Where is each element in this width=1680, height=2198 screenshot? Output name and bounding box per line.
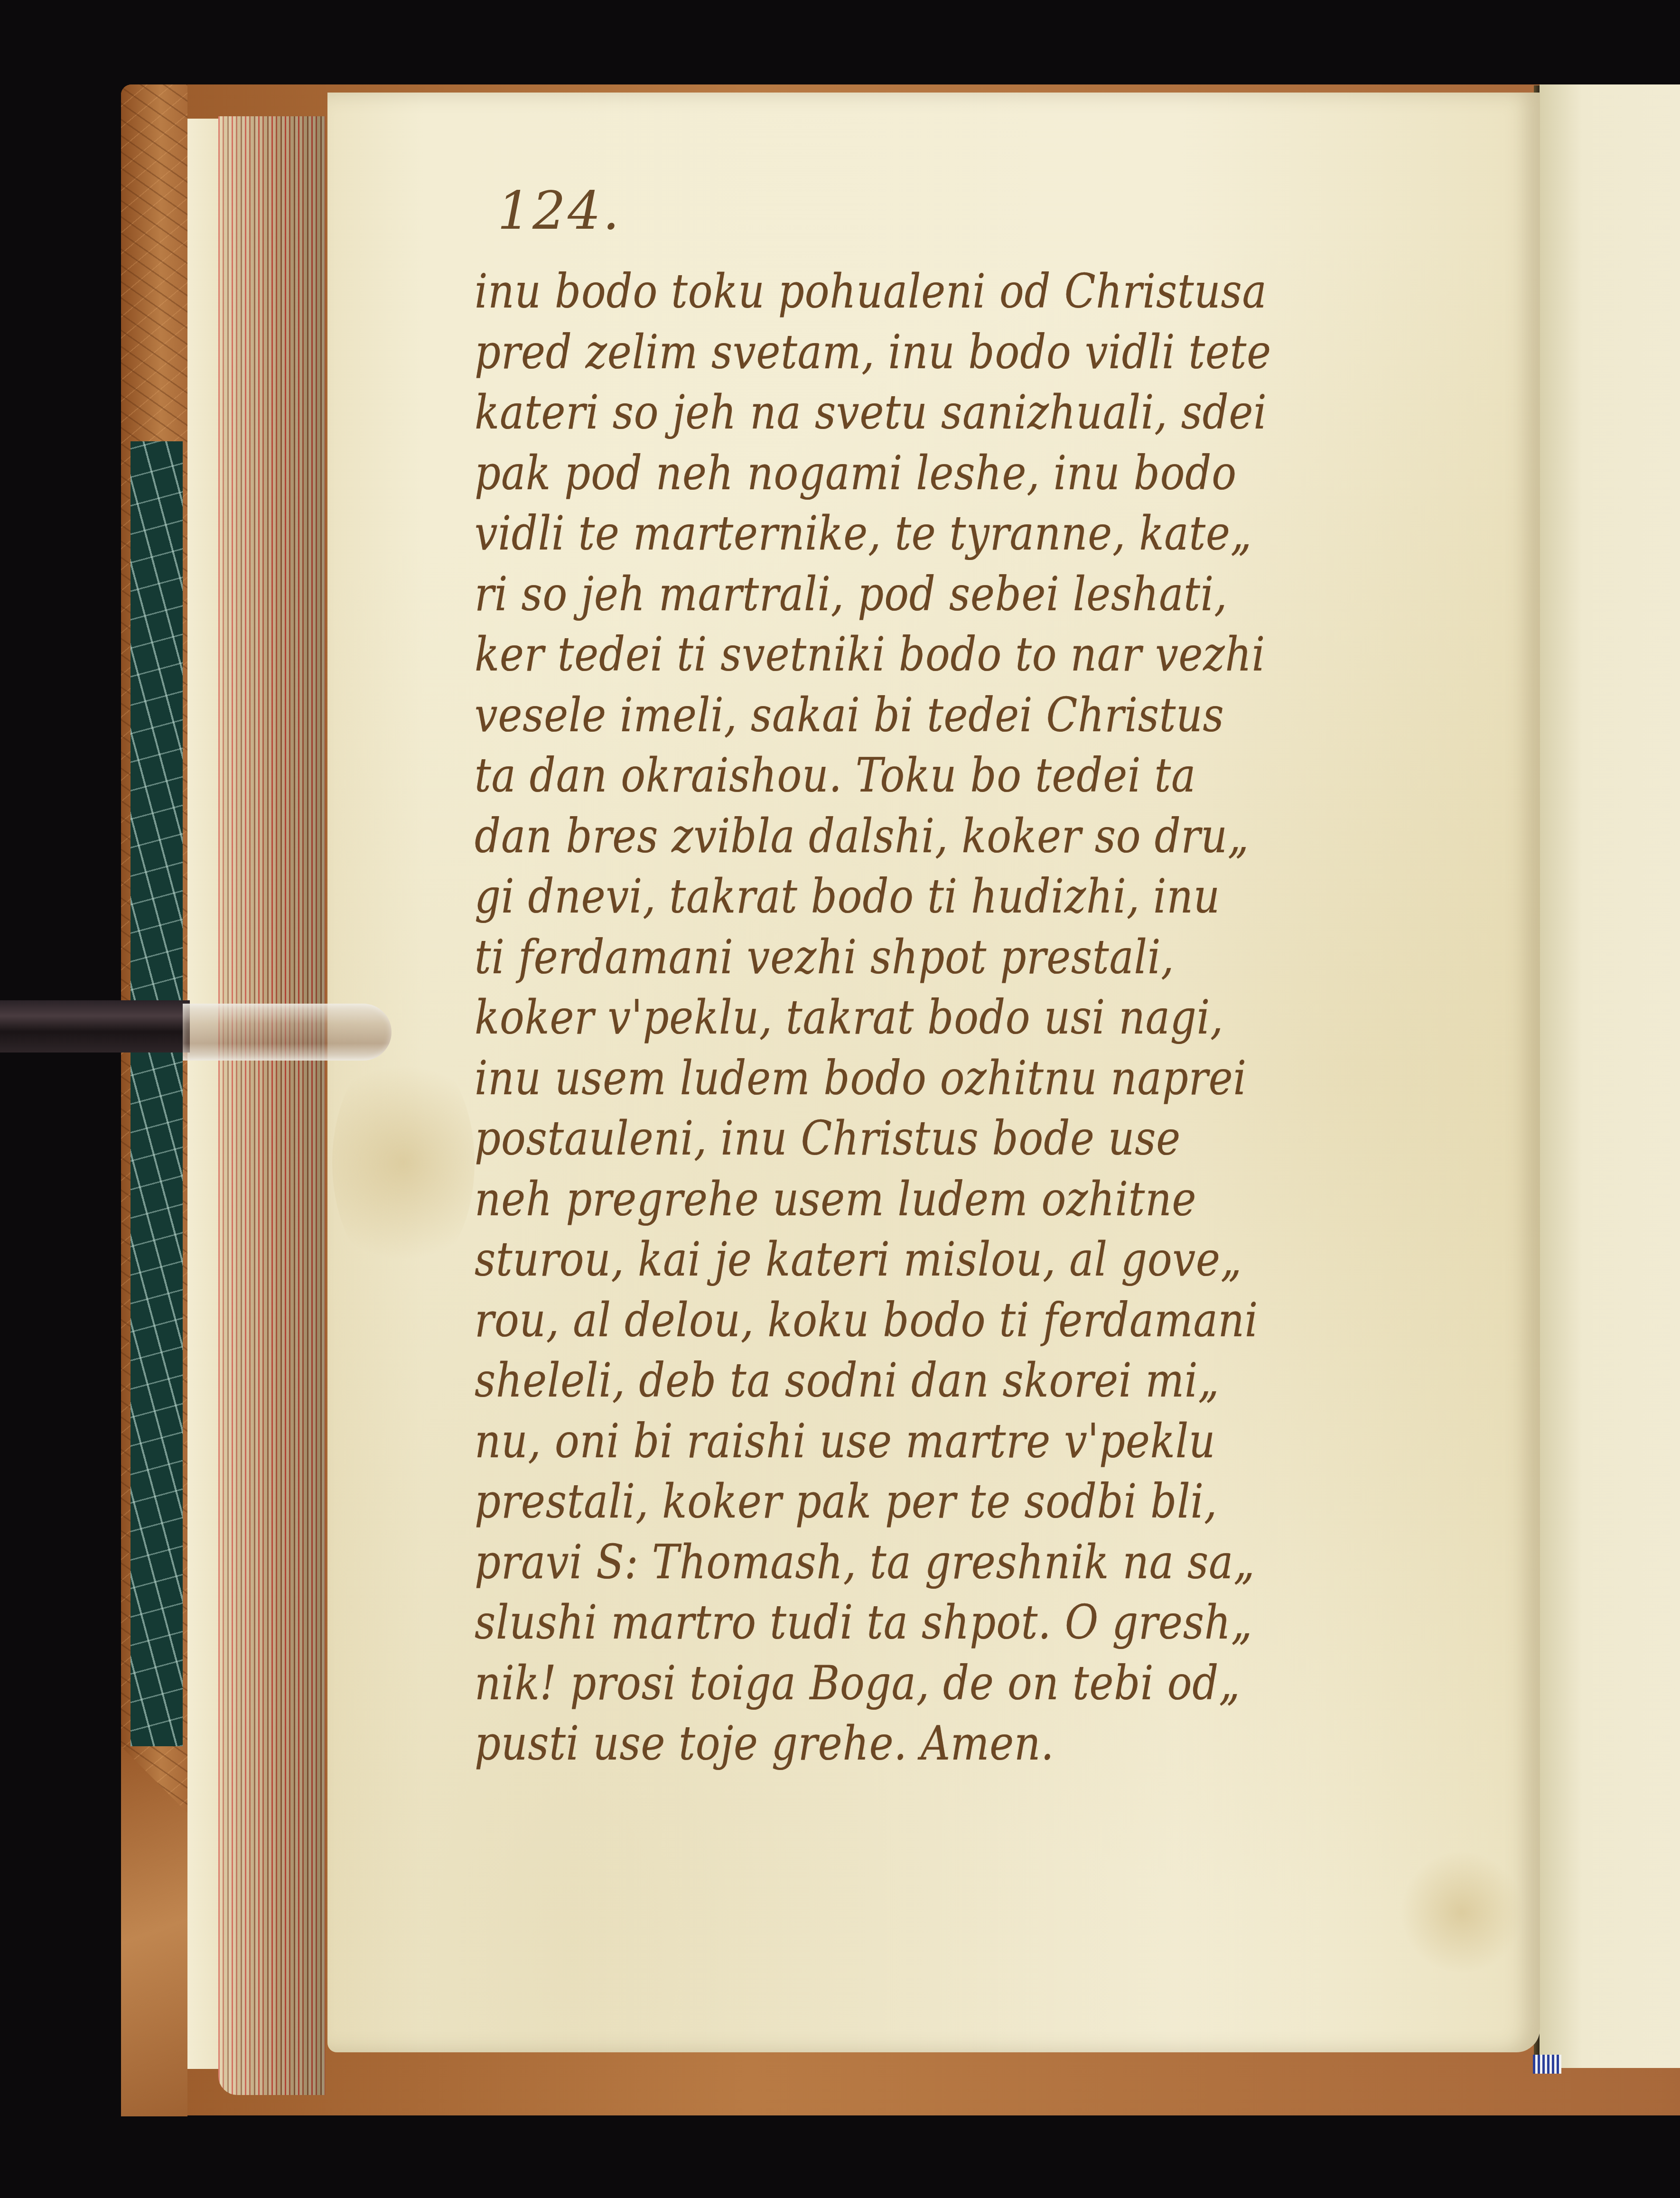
- text-line: neh pregrehe usem ludem ozhitne: [475, 1169, 1364, 1229]
- manuscript-text: inu bodo toku pohualeni od Christusa pre…: [475, 261, 1509, 1774]
- text-line: nu, oni bi raishi use martre v'peklu: [475, 1411, 1364, 1472]
- text-line: dan bres zvibla dalshi, koker so dru„: [475, 806, 1364, 866]
- text-line: ri so jeh martrali, pod sebei leshati,: [475, 564, 1364, 624]
- text-line: inu usem ludem bodo ozhitnu naprei: [475, 1048, 1364, 1108]
- text-line: ta dan okraishou. Toku bo tedei ta: [475, 745, 1364, 806]
- text-line: sheleli, deb ta sodni dan skorei mi„: [475, 1350, 1364, 1411]
- text-line: ti ferdamani vezhi shpot prestali,: [475, 927, 1364, 987]
- paper-stain: [1400, 1851, 1523, 1974]
- text-line: nik! prosi toiga Boga, de on tebi od„: [475, 1653, 1364, 1714]
- text-line: postauleni, inu Christus bode use: [475, 1108, 1364, 1169]
- text-line: ker tedei ti svetniki bodo to nar vezhi: [475, 624, 1364, 685]
- text-line: pred zelim svetam, inu bodo vidli tete: [475, 322, 1364, 382]
- facing-page: [1540, 84, 1680, 2068]
- text-line: pak pod neh nogami leshe, inu bodo: [475, 443, 1364, 503]
- text-line: vesele imeli, sakai bi tedei Christus: [475, 685, 1364, 745]
- text-line: prestali, koker pak per te sodbi bli,: [475, 1471, 1364, 1532]
- marbled-endpaper: [131, 441, 183, 1746]
- glass-rod-tip: [183, 1004, 392, 1061]
- headband: [1533, 2055, 1561, 2074]
- text-line: koker v'peklu, takrat bodo usi nagi,: [475, 987, 1364, 1048]
- book-weight-rod: [0, 1000, 190, 1052]
- text-line: pusti use toje grehe. Amen.: [475, 1713, 1364, 1774]
- text-line: inu bodo toku pohualeni od Christusa: [475, 261, 1364, 322]
- text-line: rou, al delou, koku bodo ti ferdamani: [475, 1290, 1364, 1350]
- page-number: 124.: [497, 180, 621, 241]
- text-line: slushi martro tudi ta shpot. O gresh„: [475, 1592, 1364, 1653]
- text-line: gi dnevi, takrat bodo ti hudizhi, inu: [475, 866, 1364, 927]
- paper-stain: [332, 1044, 475, 1281]
- text-line: kateri so jeh na svetu sanizhuali, sdei: [475, 382, 1364, 443]
- text-line: vidli te marternike, te tyranne, kate„: [475, 503, 1364, 564]
- page-edges-shading: [218, 116, 325, 2095]
- text-line: sturou, kai je kateri mislou, al gove„: [475, 1229, 1364, 1290]
- text-line: pravi S: Thomash, ta greshnik na sa„: [475, 1532, 1364, 1593]
